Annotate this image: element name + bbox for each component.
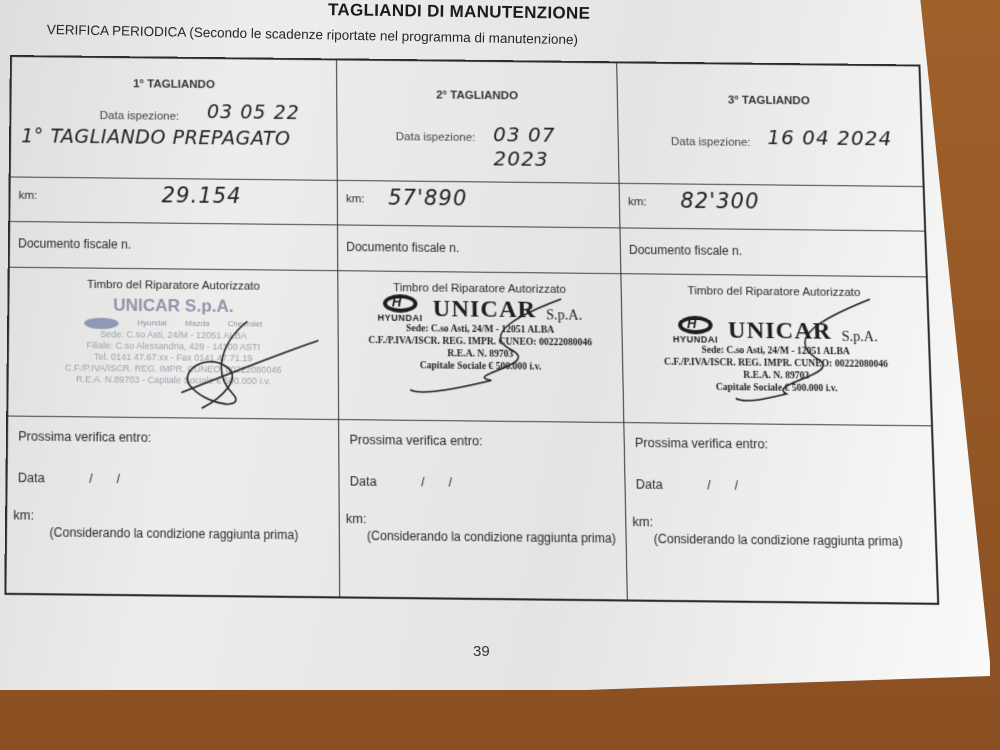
service-1-fiscal-cell: Documento fiscale n. (10, 222, 338, 271)
mazda-logo-icon: Mazda (185, 319, 209, 331)
hyundai-logo-icon: HYUNDAI (672, 316, 718, 345)
service-3-next-check: Prossima verifica entro: Data / / km: (C… (624, 423, 937, 603)
next-date-label: Data (18, 471, 45, 486)
next-date-label: Data (350, 474, 377, 489)
hyundai-logo-icon: HYUNDAI (377, 294, 422, 323)
service-3-dealer-stamp: HYUNDAI UNICAR S.p.A. Sede: C.so Asti, 2… (622, 315, 930, 396)
whichever-first-note: (Considerando la condizione raggiunta pr… (25, 524, 322, 545)
stamp-line: Capitale Sociale € 500.000 i.v. (623, 381, 929, 397)
next-km-label: km: (632, 515, 653, 530)
stamp-company: UNICAR (433, 296, 537, 325)
stamp-company-suffix: S.p.A. (546, 308, 582, 325)
service-2-title: 2° TAGLIANDO (337, 88, 617, 103)
service-3-km-cell: km: 82'300 (620, 184, 925, 232)
service-1-km-cell: km: 29.154 (10, 177, 338, 225)
service-1-title: 1° TAGLIANDO (12, 77, 337, 92)
next-check-label: Prossima verifica entro: (635, 436, 769, 452)
service-2-inspection-date: 03 07 2023 (493, 122, 618, 172)
ford-logo-icon (84, 318, 119, 330)
service-1-dealer-stamp: UNICAR S.p.A. Hyundai Mazda Chevrolet Se… (9, 294, 338, 388)
service-2-km-label: km: (346, 193, 365, 205)
service-3-stamp-cell: Timbro del Riparatore Autorizzato HYUNDA… (621, 274, 931, 426)
service-1-inspection-date: 03 05 22 (207, 101, 300, 124)
hyundai-logo-icon: Hyundai (137, 318, 167, 330)
service-3-header: 3° TAGLIANDO Data ispezione: 16 04 2024 (617, 63, 922, 187)
stamp-line: Capitale Sociale € 500.000 i.v. (339, 359, 623, 374)
chevrolet-logo-icon: Chevrolet (228, 319, 263, 331)
service-1-header: 1° TAGLIANDO Data ispezione: 03 05 22 1°… (11, 57, 338, 181)
next-check-label: Prossima verifica entro: (18, 429, 151, 445)
service-3-stamp-label: Timbro del Riparatore Autorizzato (622, 284, 927, 299)
service-2-km-cell: km: 57'890 (338, 181, 621, 229)
stamp-company: UNICAR (728, 317, 832, 346)
stamp-company: UNICAR S.p.A. (9, 294, 337, 318)
service-3-km-label: km: (628, 196, 647, 208)
service-2-fiscal-cell: Documento fiscale n. (338, 225, 621, 274)
service-2-header: 2° TAGLIANDO Data ispezione: 03 07 2023 (337, 60, 620, 183)
maintenance-table: 1° TAGLIANDO Data ispezione: 03 05 22 1°… (4, 55, 939, 605)
service-3-title: 3° TAGLIANDO (618, 93, 920, 108)
next-km-label: km: (13, 508, 34, 523)
service-1-km-label: km: (19, 190, 38, 202)
next-km-label: km: (346, 512, 367, 527)
next-date-label: Data (636, 477, 663, 492)
service-2-inspection-label: Data ispezione: (396, 131, 476, 144)
service-2-dealer-stamp: HYUNDAI UNICAR S.p.A. Sede: C.so Asti, 2… (338, 294, 622, 375)
service-1-fiscal-label: Documento fiscale n. (18, 236, 131, 251)
next-date-slashes: / / (707, 478, 738, 493)
service-2-next-check: Prossima verifica entro: Data / / km: (C… (339, 420, 628, 599)
service-3-inspection-date: 16 04 2024 (767, 125, 893, 150)
page-heading: TAGLIANDI DI MANUTENZIONE (328, 0, 590, 24)
service-1-next-check: Prossima verifica entro: Data / / km: (C… (6, 417, 340, 597)
next-date-slashes: / / (421, 475, 452, 490)
service-1-inspection-label: Data ispezione: (100, 110, 180, 123)
stamp-company-suffix: S.p.A. (842, 330, 878, 347)
service-1-stamp-cell: Timbro del Riparatore Autorizzato UNICAR… (8, 268, 339, 420)
service-1-note: 1° TAGLIANDO PREPAGATO (21, 125, 291, 150)
service-2-km-value: 57'890 (388, 185, 467, 210)
service-3-inspection-label: Data ispezione: (671, 136, 751, 149)
whichever-first-note: (Considerando la condizione raggiunta pr… (645, 530, 912, 551)
service-3-km-value: 82'300 (680, 189, 760, 214)
stamp-line: R.E.A. N.89703 - Capitale Sociale € 500.… (9, 373, 338, 388)
service-1-km-value: 29.154 (162, 183, 242, 208)
next-date-slashes: / / (89, 471, 120, 486)
service-3-fiscal-label: Documento fiscale n. (629, 243, 743, 258)
page-number: 39 (473, 643, 490, 660)
maintenance-table-wrapper: 1° TAGLIANDO Data ispezione: 03 05 22 1°… (4, 55, 970, 610)
service-2-fiscal-label: Documento fiscale n. (346, 240, 459, 255)
next-check-label: Prossima verifica entro: (349, 433, 482, 449)
service-3-fiscal-cell: Documento fiscale n. (620, 228, 925, 277)
service-1-stamp-label: Timbro del Riparatore Autorizzato (10, 278, 338, 294)
service-2-stamp-cell: Timbro del Riparatore Autorizzato HYUNDA… (338, 271, 624, 423)
whichever-first-note: (Considerando la condizione raggiunta pr… (358, 527, 625, 548)
